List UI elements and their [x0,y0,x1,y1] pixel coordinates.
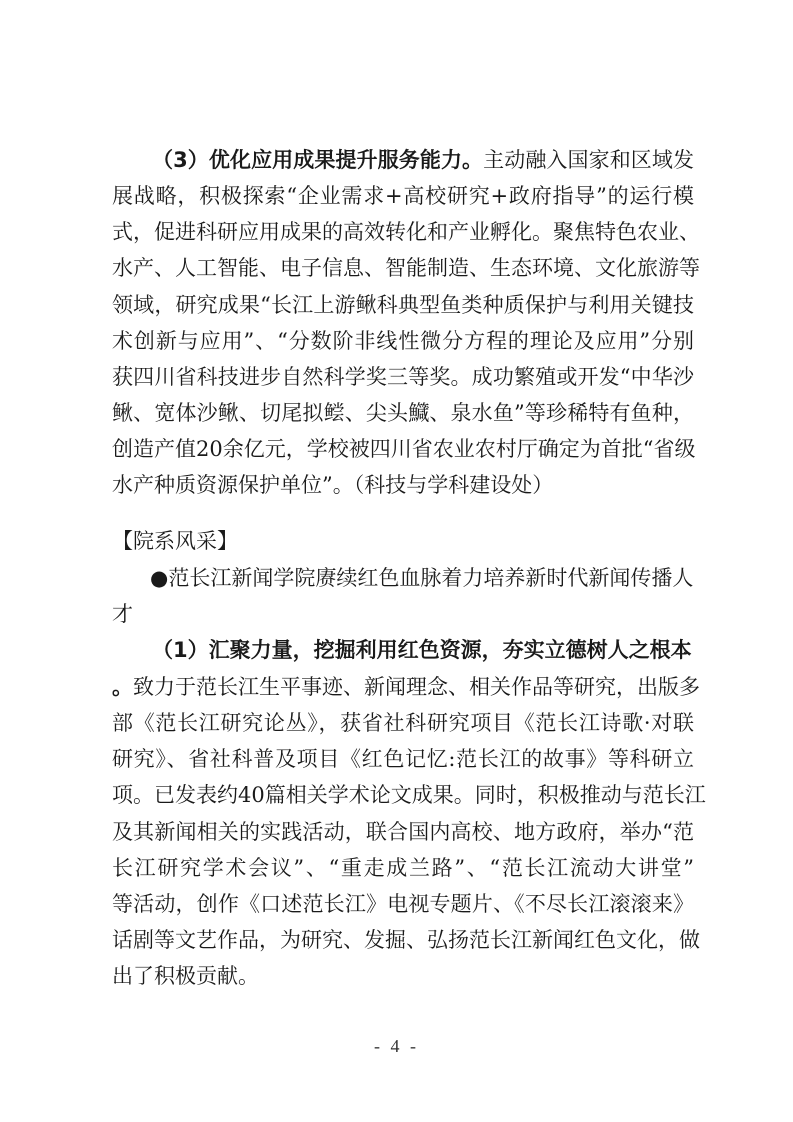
paragraph-line: 长江研究学术会议”、“重走成兰路”、“范长江流动大讲堂” [112,850,694,886]
paragraph-line: 领域，研究成果“长江上游鳅科典型鱼类种质保护与利用关键技 [112,287,694,323]
paragraph-line: 及其新闻相关的实践活动，联合国内高校、地方政府，举办“范 [112,814,694,850]
paragraph-line: 话剧等文艺作品，为研究、发掘、弘扬范长江新闻红色文化，做 [112,922,694,958]
feature-title: ●范长江新闻学院赓续红色血脉着力培养新时代新闻传播人 [150,560,693,596]
paragraph-line: 部《范长江研究论丛》，获省社科研究项目《范长江诗歌·对联 [112,705,694,741]
section-3-text: 主动融入国家和区域发 [483,148,694,172]
section-heading: 【院系风采】 [112,523,238,559]
paragraph-line: 出了积极贡献。 [112,958,694,994]
feature-title-continued: 才 [112,596,133,632]
page-number: - 4 - [0,1036,793,1057]
paragraph-line: 鳅、宽体沙鳅、切尾拟鲿、尖头鱵、泉水鱼”等珍稀特有鱼种， [112,395,694,431]
subsection-1-heading: （1）汇聚力量，挖掘利用红色资源，夯实立德树人之根本 [152,638,692,662]
paragraph-line: 展战略，积极探索“企业需求+高校研究+政府指导”的运行模 [112,178,694,214]
section-3-heading: （3）优化应用成果提升服务能力。 [152,148,483,172]
paragraph-line: 式，促进科研应用成果的高效转化和产业孵化。聚焦特色农业、 [112,214,694,250]
paragraph-line: 研究》、省社科普及项目《红色记忆:范长江的故事》等科研立 [112,741,694,777]
paragraph-line: 项。已发表约40篇相关学术论文成果。同时，积极推动与范长江 [112,777,694,813]
paragraph-line: 水产种质资源保护单位”。（科技与学科建设处） [112,467,694,503]
paragraph-line: 获四川省科技进步自然科学奖三等奖。成功繁殖或开发“中华沙 [112,359,694,395]
paragraph-line: 水产、人工智能、电子信息、智能制造、生态环境、文化旅游等 [112,250,694,286]
paragraph-line: 等活动，创作《口述范长江》电视专题片、《不尽长江滚滚来》 [112,886,694,922]
document-page: （3）优化应用成果提升服务能力。主动融入国家和区域发 展战略，积极探索“企业需求… [0,0,793,1122]
paragraph-line: （3）优化应用成果提升服务能力。主动融入国家和区域发 [152,142,694,178]
paragraph-line: 创造产值20余亿元，学校被四川省农业农村厅确定为首批“省级 [112,431,694,467]
subsection-1-heading-tail: 。 [112,675,133,699]
subsection-1-heading-line: （1）汇聚力量，挖掘利用红色资源，夯实立德树人之根本 [152,632,694,668]
paragraph-line: 术创新与应用”、“分数阶非线性微分方程的理论及应用”分别 [112,323,694,359]
paragraph-line: 。致力于范长江生平事迹、新闻理念、相关作品等研究，出版多 [112,669,694,705]
